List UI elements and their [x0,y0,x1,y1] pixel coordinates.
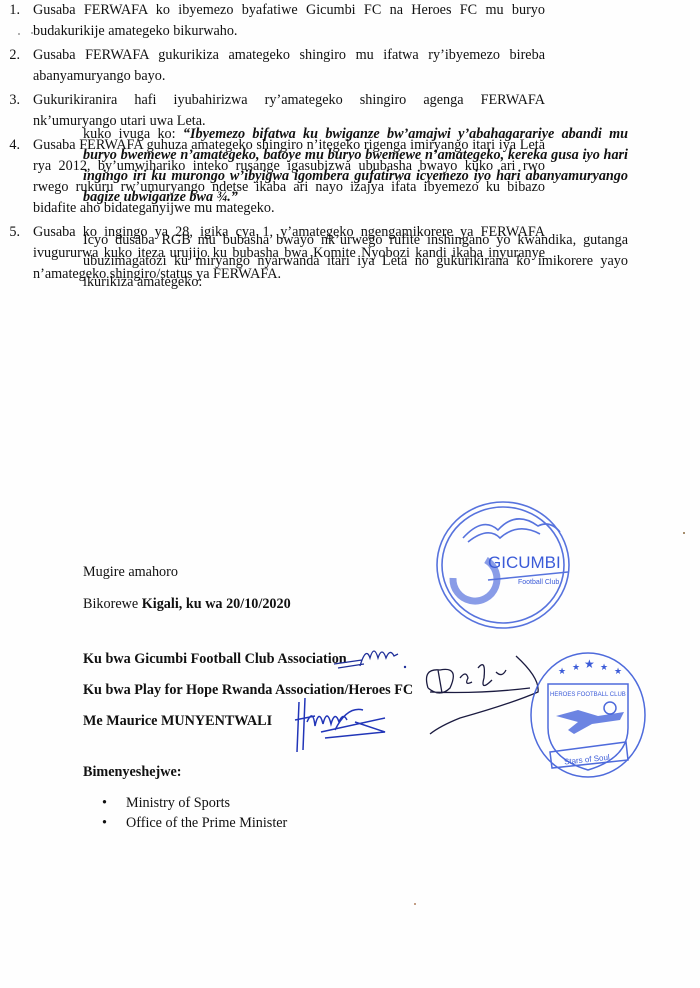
list-number: 3 [9,90,20,111]
list-number: 1 [9,0,20,21]
gicumbi-stamp-icon: GICUMBI Football Club [428,498,578,633]
signed-place-date: Bikorewe Kigali, ku wa 20/10/2020 [83,596,291,613]
signatory-lawyer: Me Maurice MUNYENTWALI [83,713,272,730]
signed-prefix: Bikorewe [83,596,142,612]
scan-speck [57,30,59,32]
cc-list: Ministry of Sports Office of the Prime M… [100,793,287,833]
list-text: Gusaba ko ingingo ya 28, igika cya 1, y’… [29,222,545,285]
list-number: 4 [9,135,20,156]
gicumbi-signature-icon [332,642,412,678]
list-text: Gusaba FERWAFA guhuza amategeko shingiro… [29,135,545,219]
list-text: Gusaba FERWAFA ko ibyemezo byafatiwe Gic… [29,0,545,42]
scan-speck [683,532,685,534]
svg-text:GICUMBI: GICUMBI [488,553,561,572]
list-number: 2 [9,45,20,66]
scan-speck [31,32,33,34]
cc-item: Ministry of Sports [100,793,287,813]
list-item: 1Gusaba FERWAFA ko ibyemezo byafatiwe Gi… [0,0,545,42]
list-item: 5Gusaba ko ingingo ya 28, igika cya 1, y… [0,222,545,285]
signatory-gicumbi: Ku bwa Gicumbi Football Club Association [83,651,347,668]
svg-text:★: ★ [584,657,595,671]
list-text: Gukurikiranira hafi iyubahirizwa ry’amat… [29,90,545,132]
greeting: Mugire amahoro [83,564,178,581]
svg-text:★: ★ [614,666,622,676]
scan-speck [414,903,416,905]
svg-text:HEROES FOOTBALL CLUB: HEROES FOOTBALL CLUB [550,692,626,698]
place-date: Kigali, ku wa 20/10/2020 [142,596,291,612]
requests-list: 1Gusaba FERWAFA ko ibyemezo byafatiwe Gi… [0,0,545,285]
svg-text:★: ★ [558,666,566,676]
svg-text:★: ★ [572,662,580,672]
document-page: kuko ivuga ko: “Ibyemezo bifatwa ku bwig… [0,0,700,988]
list-number: 5 [9,222,20,243]
scan-speck [18,33,20,35]
svg-text:★: ★ [600,662,608,672]
lawyer-signature-icon [285,692,395,757]
list-item: 4Gusaba FERWAFA guhuza amategeko shingir… [0,135,545,219]
heroes-stamp-icon: ★★★★★ HEROES FOOTBALL CLUB Stars of Soul [528,650,648,780]
svg-text:Football Club: Football Club [518,579,559,586]
list-item: 3Gukurikiranira hafi iyubahirizwa ry’ama… [0,90,545,132]
list-item: 2Gusaba FERWAFA gukurikiza amategeko shi… [0,45,545,87]
cc-item: Office of the Prime Minister [100,813,287,833]
list-text: Gusaba FERWAFA gukurikiza amategeko shin… [29,45,545,87]
cc-title: Bimenyeshejwe: [83,764,182,781]
